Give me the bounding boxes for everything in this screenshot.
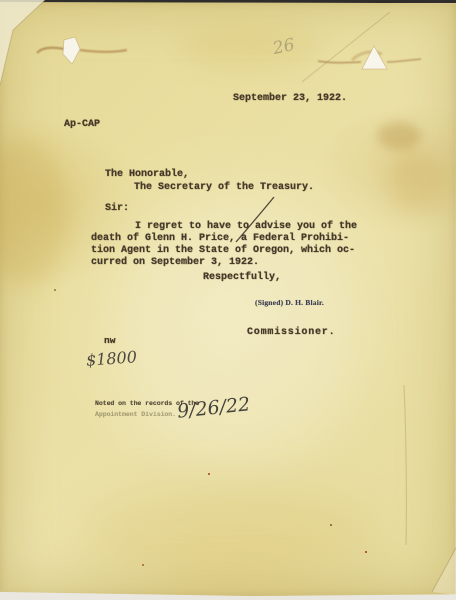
paper-speck — [54, 289, 56, 291]
scanned-letter-page: { "letter": { "date_line": "September 23… — [0, 0, 456, 600]
body-line-3: tion Agent in the State of Oregon, which… — [91, 245, 355, 257]
stain-right-brown — [377, 122, 421, 150]
recipient-line-2: The Secretary of the Treasury. — [134, 182, 314, 194]
typist-initials: nw — [104, 335, 115, 347]
body-line-1: I regret to have to advise you of the — [135, 221, 357, 233]
date-line: September 23, 1922. — [233, 93, 347, 105]
stain-upper-left — [0, 137, 70, 287]
stain-right-mid — [386, 150, 448, 212]
letter-paper — [0, 2, 456, 596]
records-stamp-line-2: Appointment Division. — [95, 411, 176, 418]
file-code: Ap-CAP — [64, 119, 100, 131]
signer-title: Commissioner. — [247, 327, 335, 339]
recipient-line-1: The Honorable, — [105, 169, 189, 181]
signature-line: (Signed) D. H. Blair. — [255, 298, 324, 307]
stain-bottom — [80, 480, 380, 575]
salary-annotation: $1800 — [85, 347, 137, 370]
closing-line: Respectfully, — [203, 272, 281, 284]
body-line-2: death of Glenn H. Price, a Federal Prohi… — [91, 233, 349, 245]
paper-speck — [365, 551, 367, 553]
body-line-4: curred on September 3, 1922. — [91, 257, 259, 269]
paper-speck — [330, 524, 332, 526]
stain-top-center — [180, 22, 320, 72]
salutation: Sir: — [105, 203, 129, 215]
paper-speck — [208, 473, 210, 475]
paper-speck — [142, 564, 144, 566]
